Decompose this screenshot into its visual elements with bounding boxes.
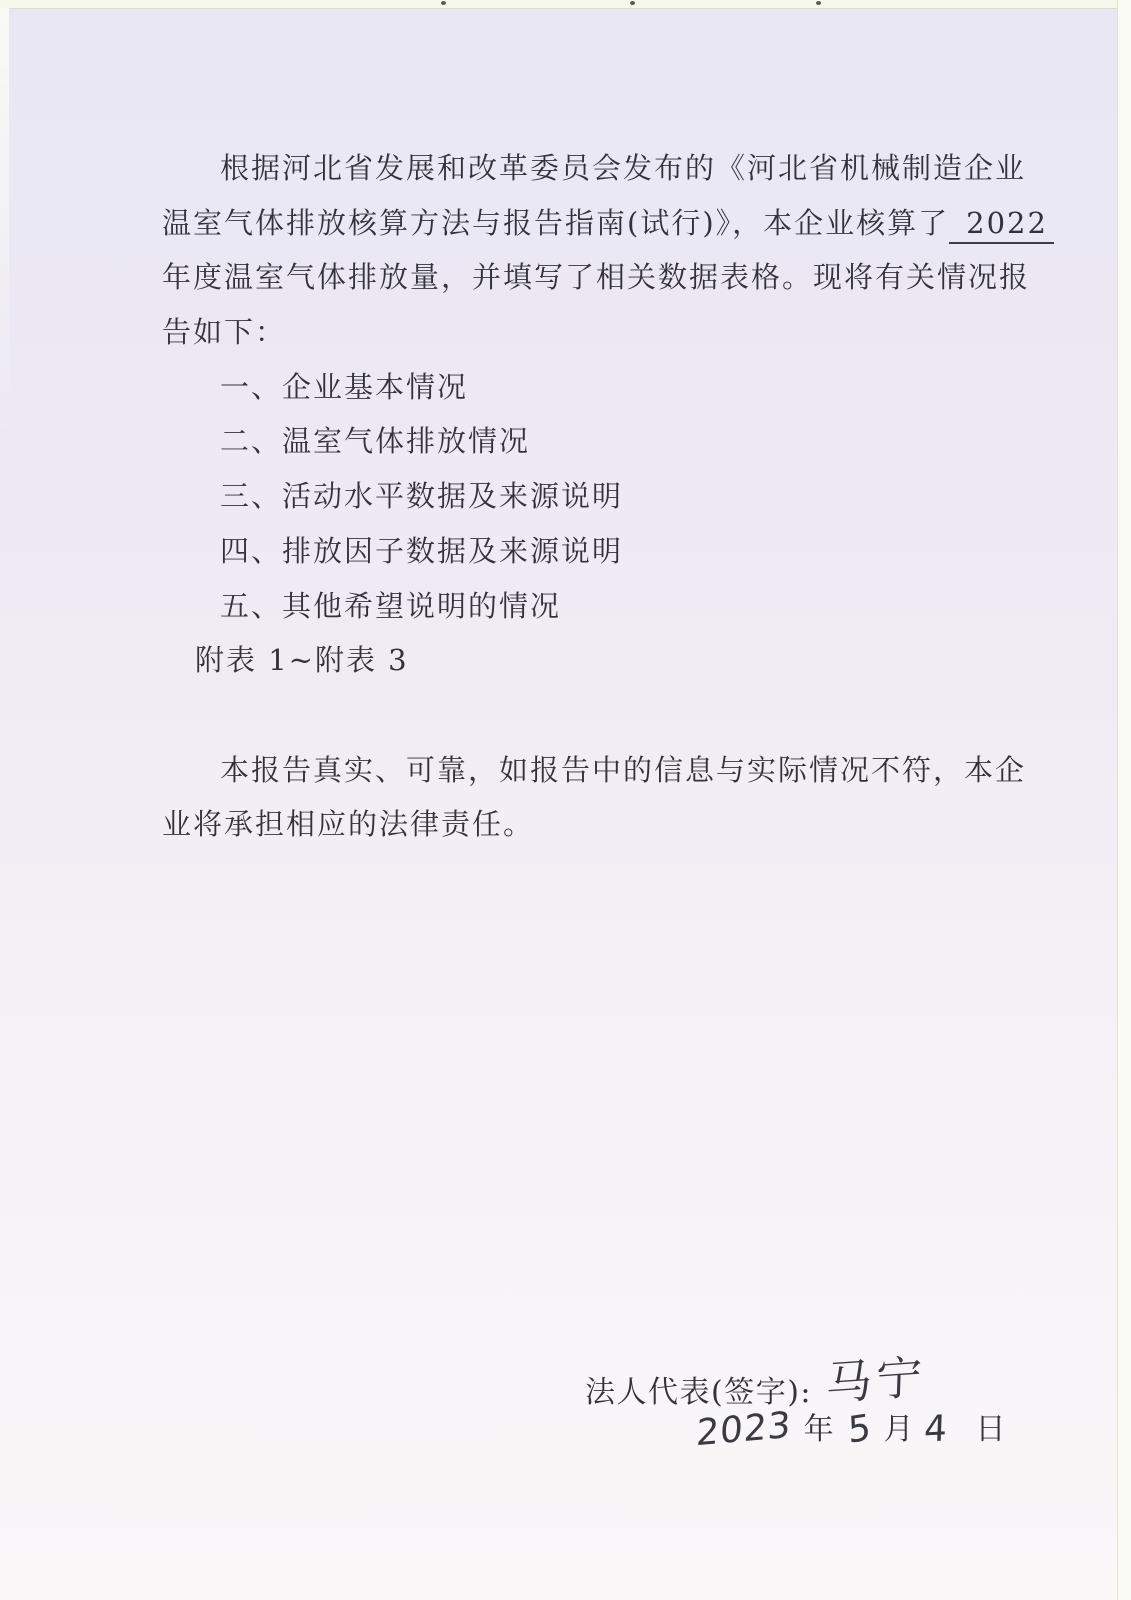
paragraph1-line2-text: 温室气体排放核算方法与报告指南(试行)》，本企业核算了 [162, 206, 949, 240]
scan-edge-top [0, 0, 1131, 9]
toc-item-1: 一、企业基本情况 [162, 360, 982, 415]
paragraph1-line1: 根据河北省发展和改革委员会发布的《河北省机械制造企业 [162, 141, 982, 196]
scan-speck [441, 1, 446, 5]
paragraph2-line1: 本报告真实、可靠，如报告中的信息与实际情况不符，本企 [162, 743, 982, 798]
date-year-unit: 年 [804, 1412, 834, 1447]
scan-edge-right [1117, 0, 1131, 1600]
legal-representative-signature: 马宁 [825, 1340, 927, 1413]
paragraph1-line2: 温室气体排放核算方法与报告指南(试行)》，本企业核算了2022 [162, 196, 982, 251]
scan-speck [630, 1, 635, 5]
toc-item-4: 四、排放因子数据及来源说明 [162, 524, 982, 579]
scan-speck [816, 1, 821, 5]
appendix-note: 附表 1~附表 3 [162, 633, 982, 688]
toc-item-3: 三、活动水平数据及来源说明 [162, 469, 982, 524]
report-body: 根据河北省发展和改革委员会发布的《河北省机械制造企业 温室气体排放核算方法与报告… [162, 141, 982, 852]
toc-item-5: 五、其他希望说明的情况 [162, 579, 982, 634]
toc-item-2: 二、温室气体排放情况 [162, 414, 982, 469]
accounting-year-underlined: 2022 [949, 206, 1054, 244]
paragraph2-line2: 业将承担相应的法律责任。 [162, 797, 982, 852]
scanned-report-page: 根据河北省发展和改革委员会发布的《河北省机械制造企业 温室气体排放核算方法与报告… [0, 0, 1131, 1600]
paragraph1-line4: 告如下： [162, 305, 982, 360]
date-month-unit: 月 [884, 1412, 914, 1447]
paragraph1-line3: 年度温室气体排放量，并填写了相关数据表格。现将有关情况报 [162, 250, 982, 305]
date-year-handwritten: 2023 [695, 1405, 792, 1455]
date-day-unit: 日 [975, 1412, 1005, 1447]
date-day-handwritten: 4 [923, 1408, 948, 1450]
scan-edge-left [0, 8, 9, 438]
blank-line [162, 688, 982, 743]
date-row: 2023年5月4日 [696, 1404, 1005, 1448]
date-month-handwritten: 5 [847, 1407, 873, 1452]
